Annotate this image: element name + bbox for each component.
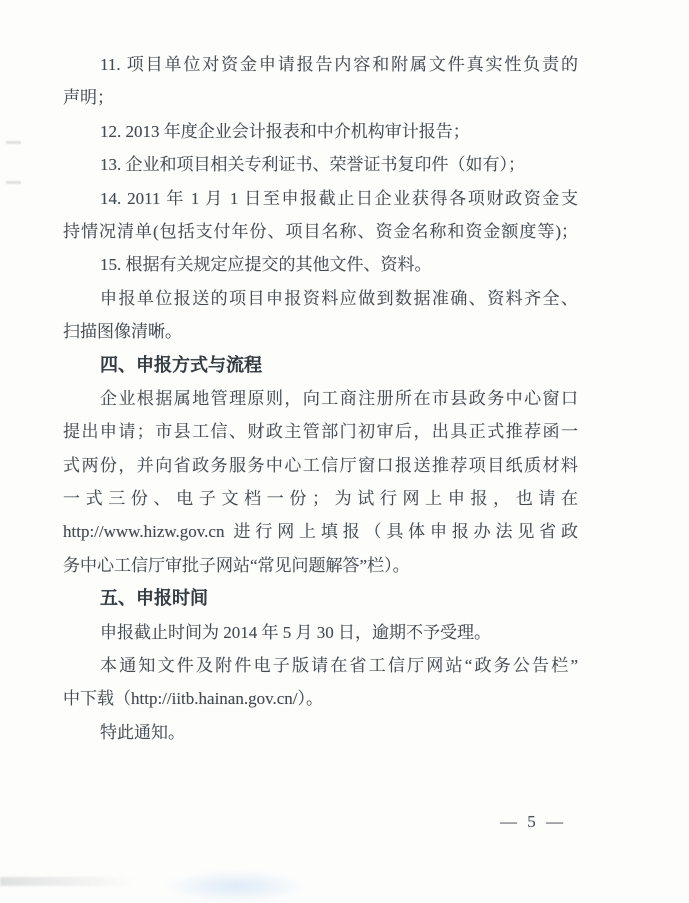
text-line: 14. 2011 年 1 月 1 日至申报截止日企业获得各项财政资金支 <box>63 182 578 215</box>
scan-artifact-speck <box>6 141 21 144</box>
text-line: 15. 根据有关规定应提交的其他文件、资料。 <box>63 248 578 281</box>
text-line: 特此通知。 <box>63 716 578 749</box>
text-line: 务中心工信厅审批子网站“常见问题解答”栏）。 <box>63 549 578 582</box>
scan-artifact-speck <box>6 181 21 184</box>
text-line: 11. 项目单位对资金申请报告内容和附属文件真实性负责的 <box>63 48 578 81</box>
text-line: 13. 企业和项目相关专利证书、荣誉证书复印件（如有）； <box>63 148 578 181</box>
section-heading: 五、申报时间 <box>63 582 578 615</box>
text-line: 中下载（http://iitb.hainan.gov.cn/）。 <box>63 682 578 715</box>
page-number: — 5 — <box>500 812 566 832</box>
section-heading: 四、申报方式与流程 <box>63 349 578 382</box>
text-line: 一式三份、电子文档一份；为试行网上申报，也请在 <box>63 482 578 515</box>
text-line: 申报截止时间为 2014 年 5 月 30 日，逾期不予受理。 <box>63 616 578 649</box>
text-line: 本通知文件及附件电子版请在省工信厅网站“政务公告栏” <box>63 649 578 682</box>
text-line: 申报单位报送的项目申报资料应做到数据准确、资料齐全、 <box>63 282 578 315</box>
text-line: 声明； <box>63 81 578 114</box>
scan-artifact-blue-smudge <box>163 870 308 903</box>
text-line: 提出申请；市县工信、财政主管部门初审后，出具正式推荐函一 <box>63 415 578 448</box>
text-line: 持情况清单(包括支付年份、项目名称、资金名称和资金额度等)； <box>63 215 578 248</box>
document-page: 11. 项目单位对资金申请报告内容和附属文件真实性负责的声明；12. 2013 … <box>0 0 689 903</box>
text-line: 企业根据属地管理原则，向工商注册所在市县政务中心窗口 <box>63 382 578 415</box>
text-line: 式两份，并向省政务服务中心工信厅窗口报送推荐项目纸质材料 <box>63 449 578 482</box>
text-line: 扫描图像清晰。 <box>63 315 578 348</box>
text-line: http://www.hizw.gov.cn 进行网上填报（具体申报办法见省政 <box>63 515 578 548</box>
scan-artifact-bottom-shadow <box>0 877 135 886</box>
document-body: 11. 项目单位对资金申请报告内容和附属文件真实性负责的声明；12. 2013 … <box>63 48 578 749</box>
text-line: 12. 2013 年度企业会计报表和中介机构审计报告； <box>63 115 578 148</box>
